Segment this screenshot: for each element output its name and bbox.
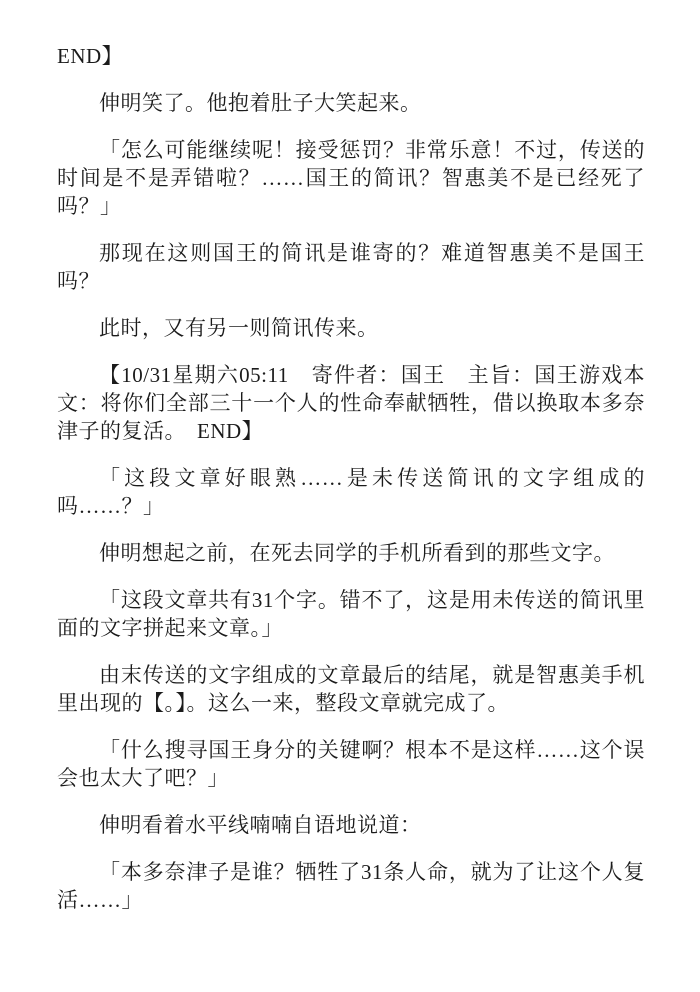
paragraph: 伸明笑了。他抱着肚子大笑起来。	[57, 89, 645, 117]
paragraph: 那现在这则国王的简讯是谁寄的？难道智惠美不是国王吗？	[57, 239, 645, 295]
paragraph: 由末传送的文字组成的文章最后的结尾，就是智惠美手机里出现的【。】。这么一来，整段…	[57, 661, 645, 717]
paragraph: 「这段文章好眼熟……是未传送简讯的文字组成的吗……？」	[57, 464, 645, 520]
novel-page: END】伸明笑了。他抱着肚子大笑起来。「怎么可能继续呢！接受惩罚？非常乐意！不过…	[0, 0, 700, 992]
paragraph: END】	[57, 42, 645, 70]
paragraph: 伸明想起之前，在死去同学的手机所看到的那些文字。	[57, 539, 645, 567]
novel-text: END】伸明笑了。他抱着肚子大笑起来。「怎么可能继续呢！接受惩罚？非常乐意！不过…	[57, 42, 645, 914]
paragraph: 此时，又有另一则简讯传来。	[57, 314, 645, 342]
paragraph: 伸明看着水平线喃喃自语地说道：	[57, 811, 645, 839]
paragraph: 「什么搜寻国王身分的关键啊？根本不是这样……这个误会也太大了吧？」	[57, 736, 645, 792]
paragraph: 「怎么可能继续呢！接受惩罚？非常乐意！不过，传送的时间是不是弄错啦？……国王的简…	[57, 136, 645, 220]
paragraph: 「这段文章共有31个字。错不了，这是用未传送的简讯里面的文字拼起来文章。」	[57, 586, 645, 642]
paragraph: 【10/31星期六05:11 寄件者：国王 主旨：国王游戏本文：将你们全部三十一…	[57, 361, 645, 445]
paragraph: 「本多奈津子是谁？牺牲了31条人命，就为了让这个人复活……」	[57, 858, 645, 914]
